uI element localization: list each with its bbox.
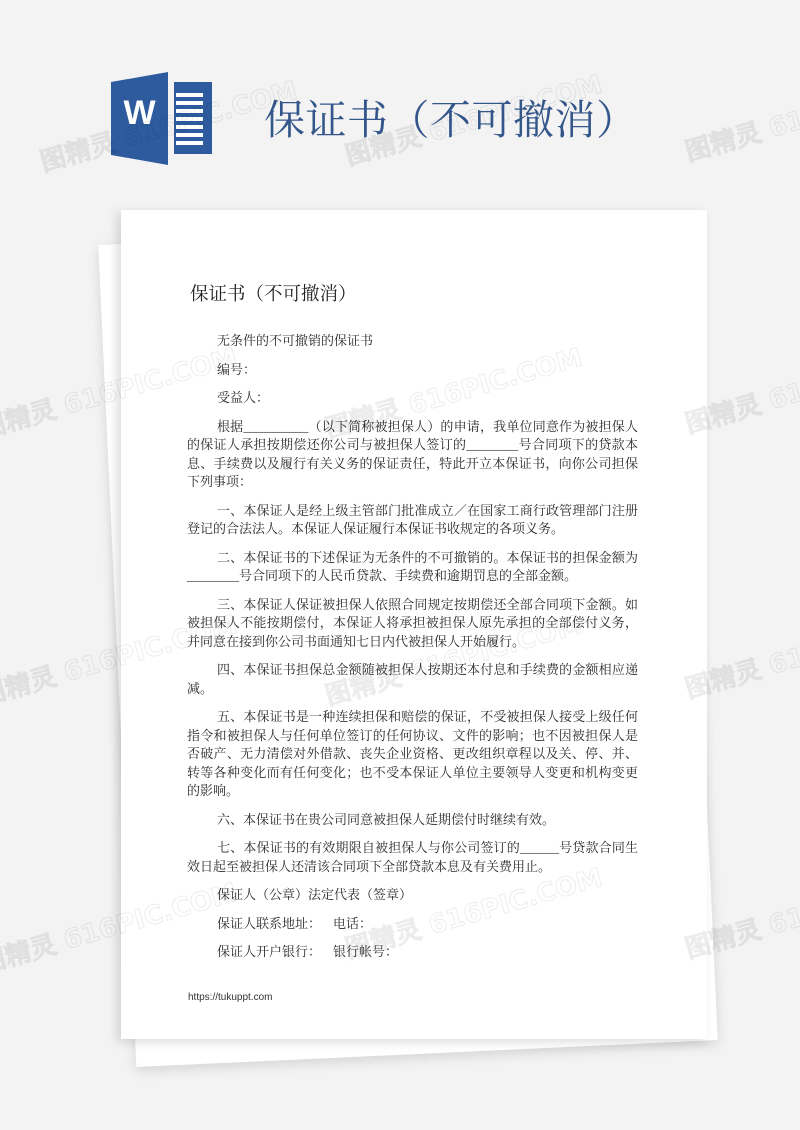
signature-seal-row: 保证人（公章）法定代表（签章） bbox=[187, 886, 638, 905]
clause-line: 被担保人不能按期偿付，本保证人将承担被担保人原先承担的全部偿付义务， bbox=[187, 614, 638, 633]
bank-account-line: 保证人开户银行：银行帐号： bbox=[187, 943, 638, 962]
clause-line: 七、本保证书的有效期限自被担保人与你公司签订的______号贷款合同生 bbox=[187, 839, 638, 858]
document-title: 保证书（不可撤消） bbox=[190, 283, 357, 307]
clause-line: 三、本保证人保证被担保人依照合同规定按期偿还全部合同项下金额。如 bbox=[187, 596, 638, 615]
page-title: 保证书（不可撤消） bbox=[264, 95, 638, 145]
document-body: 无条件的不可撤销的保证书 编号： 受益人： 根据__________（以下简称被… bbox=[187, 332, 638, 962]
clause-5: 五、本保证书是一种连续担保和赔偿的保证，不受被担保人接受上级任何 指令和被担保人… bbox=[187, 708, 638, 801]
watermark: 图精灵 616PIC.COM bbox=[682, 66, 800, 168]
preamble-paragraph: 根据__________（以下简称被担保人）的申请，我单位同意作为被担保人 的保… bbox=[187, 418, 638, 492]
clause-line: 否破产、无力清偿对外借款、丧失企业资格、更改组织章程以及关、停、并、 bbox=[187, 745, 638, 764]
clause-3: 三、本保证人保证被担保人依照合同规定按期偿还全部合同项下金额。如 被担保人不能按… bbox=[187, 596, 638, 652]
clause-4: 四、本保证书担保总金额随被担保人按期还本付息和手续费的金额相应递 减。 bbox=[187, 661, 638, 698]
account-label: 银行帐号： bbox=[333, 944, 398, 959]
number-label: 编号： bbox=[187, 361, 638, 380]
clause-line: 效日起至被担保人还清该合同项下全部贷款本息及有关费用止。 bbox=[187, 858, 638, 877]
clause-line: 四、本保证书担保总金额随被担保人按期还本付息和手续费的金额相应递 bbox=[187, 661, 638, 680]
beneficiary-field: 受益人： bbox=[187, 389, 638, 408]
document-subtitle: 无条件的不可撤销的保证书 bbox=[187, 332, 638, 351]
address-phone-line: 保证人联系地址：电话： bbox=[187, 915, 638, 934]
clause-7: 七、本保证书的有效期限自被担保人与你公司签订的______号贷款合同生 效日起至… bbox=[187, 839, 638, 876]
clause-line: 指令和被担保人与任何单位签订的任何协议、文件的影响；也不因被担保人是 bbox=[187, 727, 638, 746]
footer-url-link[interactable]: https://tukuppt.com bbox=[188, 991, 273, 1005]
clause-line: 转等各种变化而有任何变化；也不受本保证人单位主要领导人变更和机构变更 bbox=[187, 764, 638, 783]
clause-line: 六、本保证书在贵公司同意被担保人延期偿付时继续有效。 bbox=[187, 811, 638, 830]
paragraph-line: 根据__________（以下简称被担保人）的申请，我单位同意作为被担保人 bbox=[187, 418, 638, 437]
clause-line: 的影响。 bbox=[187, 782, 638, 801]
paragraph-line: 下列事项： bbox=[187, 473, 638, 492]
signature-bank-row: 保证人开户银行：银行帐号： bbox=[187, 943, 638, 962]
word-icon-letter: W bbox=[123, 94, 156, 132]
clause-line: 减。 bbox=[187, 680, 638, 699]
beneficiary-label: 受益人： bbox=[187, 389, 638, 408]
clause-line: 一、本保证人是经上级主管部门批准成立／在国家工商行政管理部门注册 bbox=[187, 502, 638, 521]
number-field: 编号： bbox=[187, 361, 638, 380]
clause-line: 五、本保证书是一种连续担保和赔偿的保证，不受被担保人接受上级任何 bbox=[187, 708, 638, 727]
paragraph-line: 息、手续费以及履行有关义务的保证责任，特此开立本保证书，向你公司担保 bbox=[187, 455, 638, 474]
document-page: 保证书（不可撤消） 无条件的不可撤销的保证书 编号： 受益人： 根据______… bbox=[121, 210, 707, 1039]
address-label: 保证人联系地址： bbox=[217, 915, 333, 934]
word-icon: W bbox=[0, 0, 230, 180]
clause-line: 并同意在接到你公司书面通知七日内代被担保人开始履行。 bbox=[187, 633, 638, 652]
seal-line: 保证人（公章）法定代表（签章） bbox=[187, 886, 638, 905]
clause-line: ________号合同项下的人民币贷款、手续费和逾期罚息的全部金额。 bbox=[187, 567, 638, 586]
clause-line: 二、本保证书的下述保证为无条件的不可撤销的。本保证书的担保金额为 bbox=[187, 549, 638, 568]
clause-1: 一、本保证人是经上级主管部门批准成立／在国家工商行政管理部门注册 登记的合法法人… bbox=[187, 502, 638, 539]
clause-2: 二、本保证书的下述保证为无条件的不可撤销的。本保证书的担保金额为 _______… bbox=[187, 549, 638, 586]
signature-address-row: 保证人联系地址：电话： bbox=[187, 915, 638, 934]
clause-line: 登记的合法法人。本保证人保证履行本保证书收规定的各项义务。 bbox=[187, 520, 638, 539]
subtitle-text: 无条件的不可撤销的保证书 bbox=[187, 332, 638, 351]
clause-6: 六、本保证书在贵公司同意被担保人延期偿付时继续有效。 bbox=[187, 811, 638, 830]
phone-label: 电话： bbox=[333, 916, 372, 931]
paragraph-line: 的保证人承担按期偿还你公司与被担保人签订的________号合同项下的贷款本 bbox=[187, 436, 638, 455]
bank-label: 保证人开户银行： bbox=[217, 943, 333, 962]
